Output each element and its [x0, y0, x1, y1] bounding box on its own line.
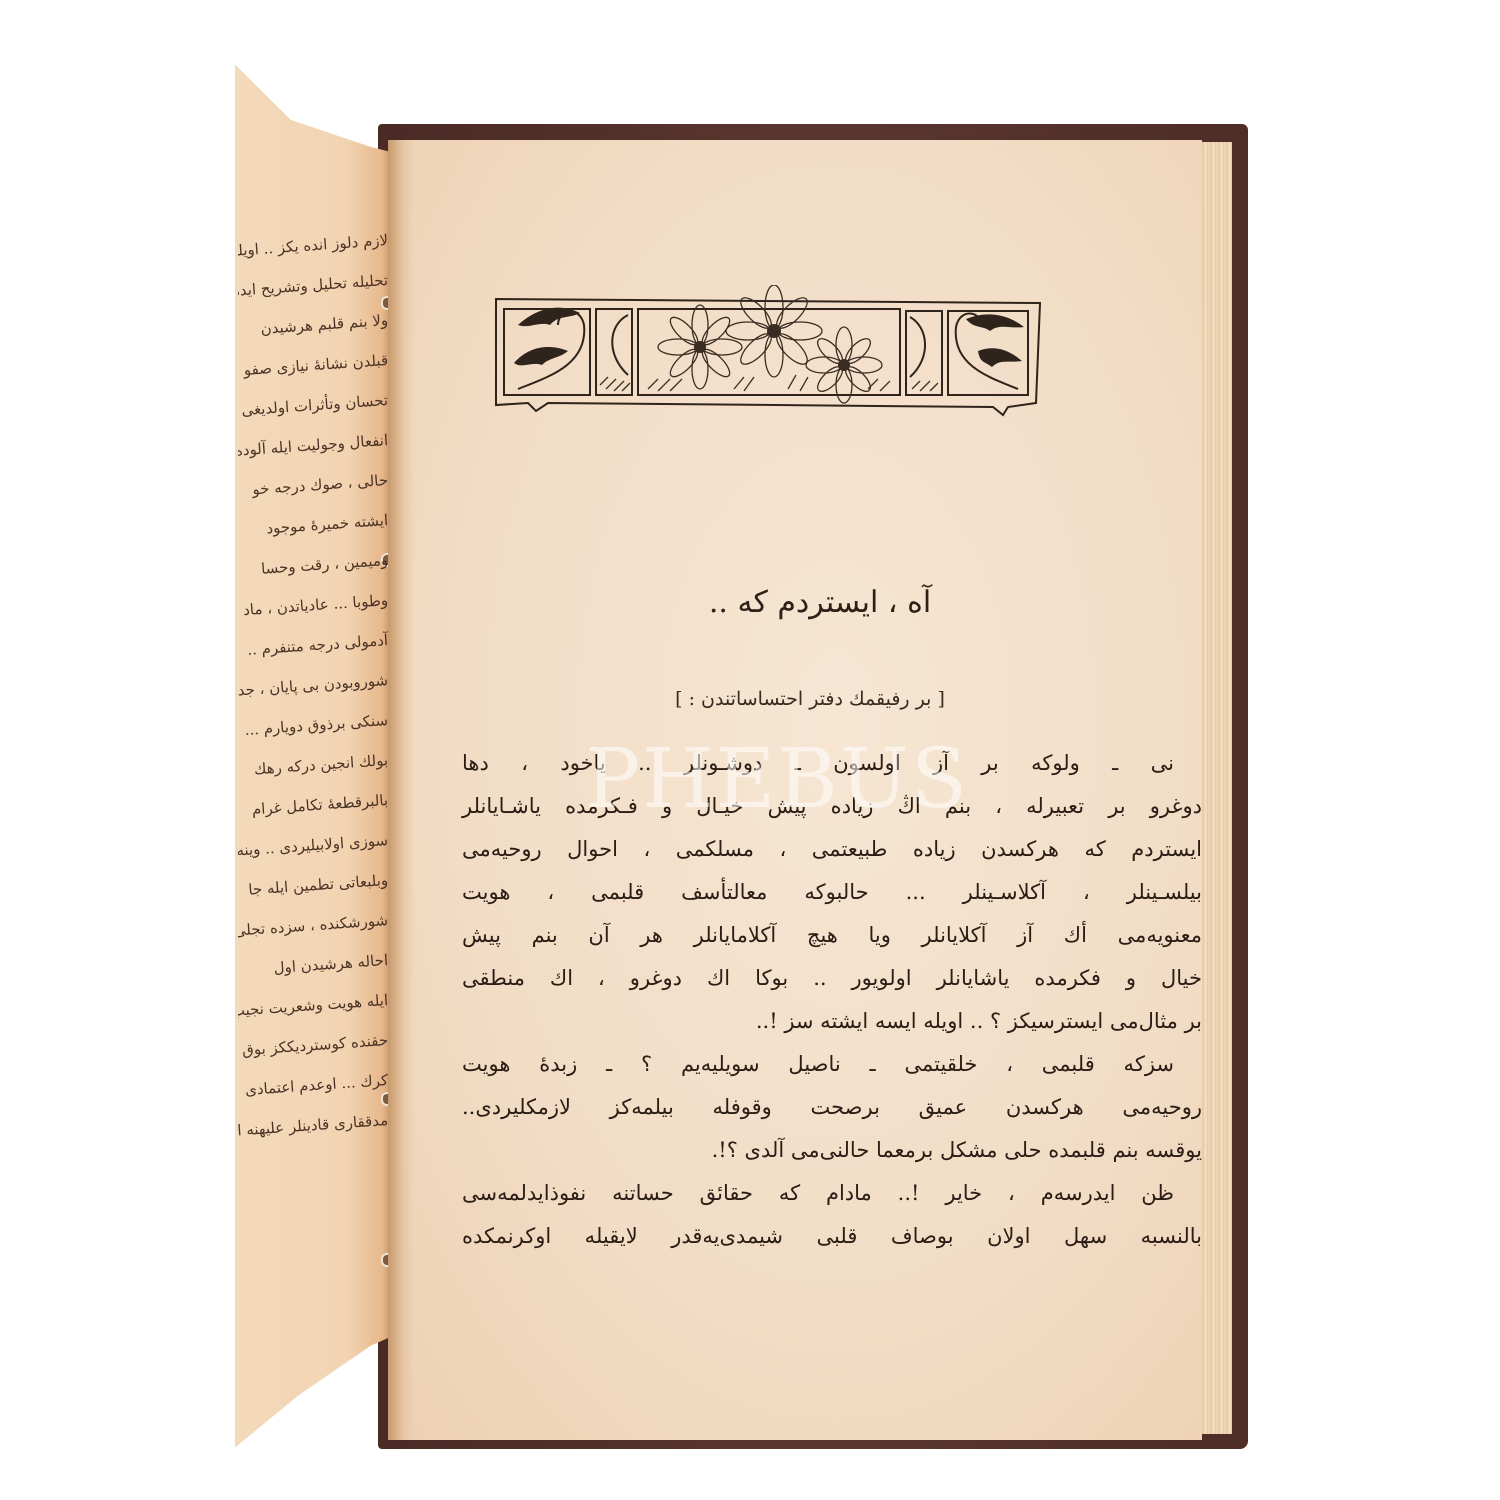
floral-headpiece-ornament	[488, 285, 1048, 417]
body-line: خیال و فکرمده یاشایانلر اولویور .. بوکا …	[462, 957, 1202, 1000]
body-line: یوقسه بنم قلبمده حلی مشکل برمعما حالنی‌م…	[462, 1129, 1202, 1172]
body-line: ظن ایدرسه‌م ، خایر !.. مادام که حقائق حس…	[462, 1172, 1202, 1215]
body-line: معنویه‌می أك آز آکلایانلر ویا هیچ آکلاما…	[462, 914, 1202, 957]
body-line: دوغرو بر تعبیرله ، بنم اڭ زیاده پیش خیـا…	[462, 785, 1202, 828]
body-line: سزکه قلبمی ، خلقیتمی ـ ناصیل سویلیه‌یم ؟…	[462, 1043, 1202, 1086]
body-text: نی ـ ولوکه بر آز اولسون ـ دوشـونلر .. یا…	[462, 742, 1202, 1258]
body-line: نی ـ ولوکه بر آز اولسون ـ دوشـونلر .. یا…	[462, 742, 1202, 785]
body-line: بر مثال‌می ایسترسیکز ؟ .. اویله ایسه ایش…	[462, 1000, 1202, 1043]
chapter-title: آه ، ایستردم که ..	[540, 585, 1100, 620]
body-line: بیلسـینلر ، آکلاسـینلر ... حالبوکه معالت…	[462, 871, 1202, 914]
left-page-text: لازم دلوز انده یکز .. اویله تحلیله تحلیل…	[238, 220, 388, 1140]
body-line: بالنسبه سهل اولان بوصاف قلبی شیمدی‌یه‌قد…	[462, 1215, 1202, 1258]
page-block-edges	[1200, 142, 1232, 1434]
body-line: روحیه‌می هرکسدن عمیق برصحت وقوفله بیلمه‌…	[462, 1086, 1202, 1129]
body-line: ایستردم که هرکسدن زیاده طبیعتمی ، مسلکمی…	[462, 828, 1202, 871]
chapter-subtitle: [ بر رفیقمك دفتر احتساساتندن : ]	[600, 688, 1020, 710]
